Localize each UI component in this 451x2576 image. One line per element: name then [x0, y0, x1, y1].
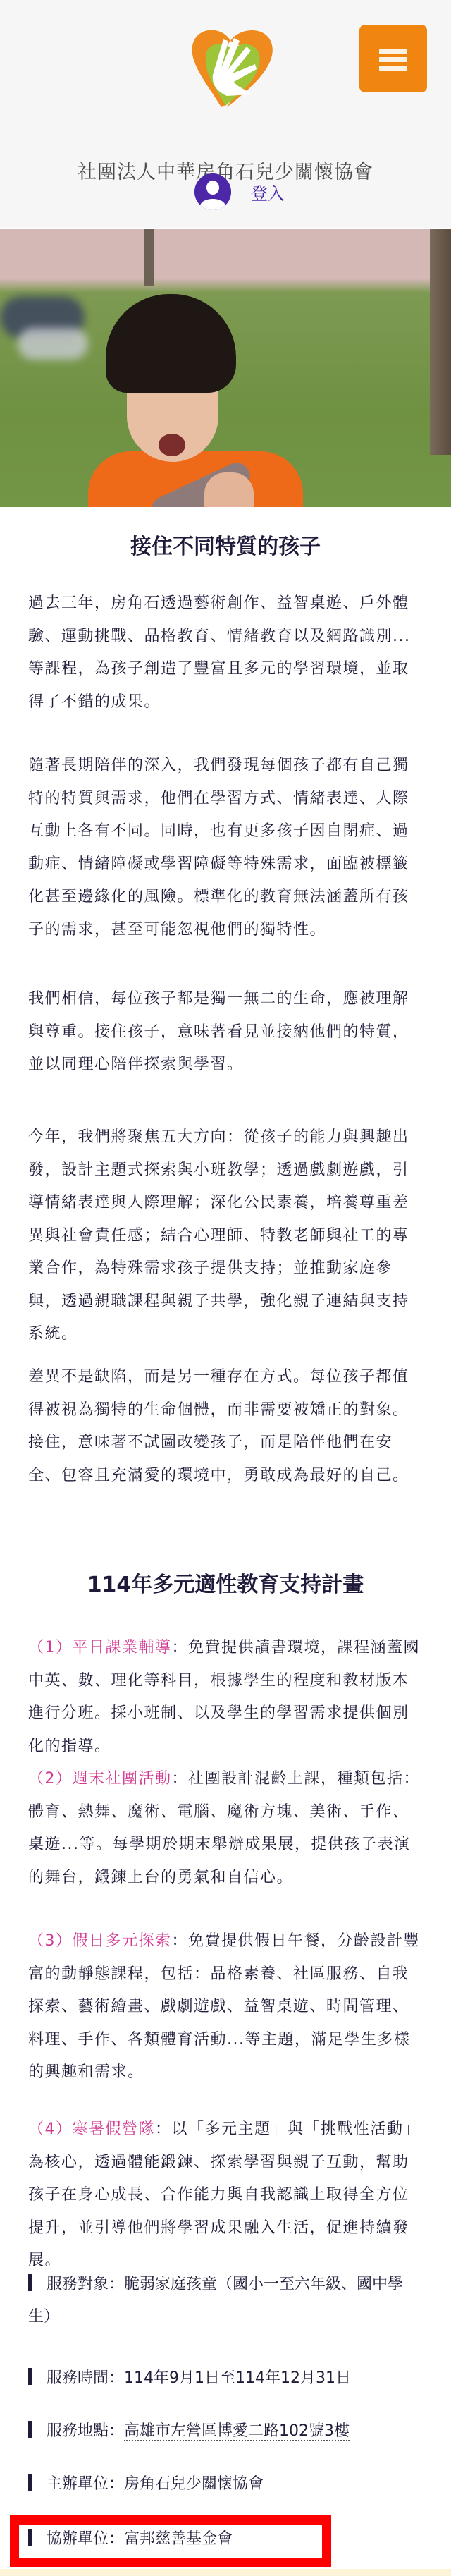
info-target: 服務對象：脆弱家庭孩童（國小一至六年級、國中學生）	[28, 2269, 423, 2333]
highlight-box	[10, 2515, 331, 2567]
bar-marker-icon	[28, 2368, 32, 2385]
login-label: 登入	[251, 180, 285, 205]
program-item-label: （1）平日課業輔導	[28, 1639, 172, 1656]
footer-strip	[0, 2569, 451, 2576]
user-avatar-icon	[194, 173, 231, 210]
paragraph: 過去三年，房角石透過藝術創作、益智桌遊、戶外體驗、運動挑戰、品格教育、情緒教育以…	[28, 587, 423, 719]
menu-button[interactable]	[359, 25, 427, 92]
program-item: （4）寒暑假營隊：以「多元主題」與「挑戰性活動」為核心，透過體能鍛鍊、探索學習與…	[28, 2113, 423, 2278]
info-time: 服務時間：114年9月1日至114年12月31日	[28, 2362, 423, 2395]
paragraph: 隨著長期陪伴的深入，我們發現每個孩子都有自己獨特的特質與需求，他們在學習方式、情…	[28, 750, 423, 946]
address-link[interactable]: 高雄市左營區博愛二路102號3樓	[124, 2422, 350, 2441]
paragraph: 今年，我們將聚焦五大方向：從孩子的能力與興趣出發，設計主題式探索與小班教學；透過…	[28, 1121, 423, 1351]
program-item: （3）假日多元探索：免費提供假日午餐，分齡設計豐富的動靜態課程，包括：品格素養、…	[28, 1925, 423, 2089]
program-item: （1）平日課業輔導：免費提供讀書環境，課程涵蓋國中英、數、理化等科目，根據學生的…	[28, 1632, 423, 1763]
program-item-label: （2）週末社團活動	[28, 1770, 172, 1788]
login-link[interactable]: 登入	[194, 173, 285, 210]
paragraph: 我們相信，每位孩子都是獨一無二的生命，應被理解與尊重。接住孩子，意味著看見並接納…	[28, 983, 423, 1082]
heart-hands-logo-icon[interactable]	[185, 25, 276, 109]
site-header: 社團法人中華房角石兒少關懷協會 登入	[0, 0, 451, 228]
program-title: 114年多元適性教育支持計畫	[0, 1567, 451, 1598]
paragraph: 差異不是缺陷，而是另一種存在方式。每位孩子都值得被視為獨特的生命個體，而非需要被…	[28, 1361, 423, 1492]
info-location: 服務地點：高雄市左營區博愛二路102號3樓	[28, 2415, 423, 2448]
program-item: （2）週末社團活動：社團設計混齡上課，種類包括：體育、熱舞、魔術、電腦、魔術方塊…	[28, 1763, 423, 1894]
hero-image	[0, 229, 451, 507]
section-title: 接住不同特質的孩子	[0, 529, 451, 560]
bar-marker-icon	[28, 2274, 32, 2291]
info-organizer: 主辦單位：房角石兒少關懷協會	[28, 2468, 423, 2501]
program-item-label: （4）寒暑假營隊	[28, 2120, 155, 2138]
bar-marker-icon	[28, 2474, 32, 2491]
bar-marker-icon	[28, 2421, 32, 2438]
program-item-label: （3）假日多元探索	[28, 1932, 172, 1950]
